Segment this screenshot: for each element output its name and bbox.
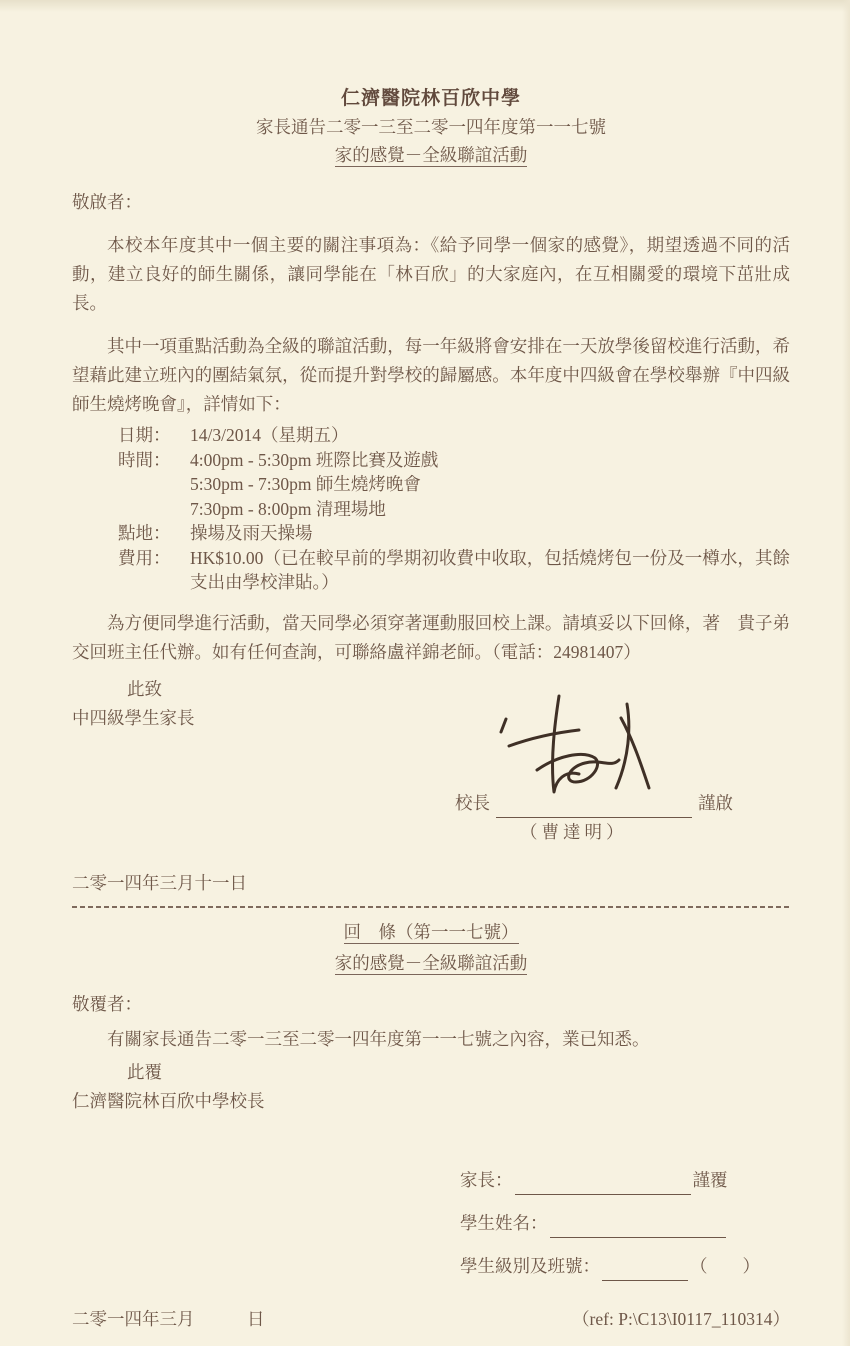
reply-date-line: 二零一四年三月 日 [72,1305,265,1334]
detail-value-time: 4:00pm - 5:30pm 班際比賽及遊戲 5:30pm - 7:30pm … [190,448,790,522]
bottom-row: 二零一四年三月 日 （ref: P:\C13\I0117_110314） [72,1305,790,1334]
detail-value-venue: 操場及雨天操場 [190,521,790,546]
detail-label-time: 時間： [118,448,190,522]
cut-line-divider [72,906,790,908]
parent-label: 家長： [460,1170,513,1190]
reply-slip-subtitle: 家的感覺－全級聯誼活動 [72,949,790,978]
reply-slip-title: 回 條（第一一七號） [72,918,790,947]
student-class-field: 學生級別及班號：（ ） [460,1252,790,1281]
principal-signature-row: 校長謹啟 [455,789,790,818]
parent-signature-field: 家長：謹覆 [460,1166,790,1195]
principal-sign-suffix: 謹啟 [698,793,733,813]
reply-addressee: 仁濟醫院林百欣中學校長 [72,1087,790,1116]
notice-title: 家的感覺－全級聯誼活動 [72,142,790,168]
school-name: 仁濟醫院林百欣中學 [72,86,790,112]
notice-title-text: 家的感覺－全級聯誼活動 [335,145,528,167]
event-details: 日期： 14/3/2014（星期五） 時間： 4:00pm - 5:30pm 班… [118,423,790,595]
notice-content: 仁濟醫院林百欣中學 家長通告二零一三至二零一四年度第一一七號 家的感覺－全級聯誼… [72,86,790,1334]
student-class-blank [602,1260,688,1281]
detail-row-fee: 費用： HK$10.00（已在較早前的學期初收費中收取，包括燒烤包一份及一樽水，… [118,546,790,595]
time-slot-3: 7:30pm - 8:00pm 清理場地 [190,497,790,522]
file-ref: （ref: P:\C13\I0117_110314） [572,1305,790,1334]
detail-row-time: 時間： 4:00pm - 5:30pm 班際比賽及遊戲 5:30pm - 7:3… [118,448,790,522]
time-slot-2: 5:30pm - 7:30pm 師生燒烤晚會 [190,472,790,497]
reply-slip-title-text: 回 條（第一一七號） [344,922,519,944]
student-name-label: 學生姓名： [460,1213,548,1233]
detail-row-date: 日期： 14/3/2014（星期五） [118,423,790,448]
student-class-label: 學生級別及班號： [460,1256,600,1276]
detail-row-venue: 點地： 操場及雨天操場 [118,521,790,546]
student-name-field: 學生姓名： [460,1209,790,1238]
reply-closing: 此覆 [127,1058,790,1087]
parent-sign-suffix: 謹覆 [693,1170,728,1190]
detail-value-fee: HK$10.00（已在較早前的學期初收費中收取，包括燒烤包一份及一樽水，其餘支出… [190,546,790,595]
time-slot-1: 4:00pm - 5:30pm 班際比賽及遊戲 [190,448,790,473]
reply-salutation: 敬覆者： [72,990,790,1019]
principal-name: （曹達明） [520,818,790,847]
salutation: 敬啟者： [72,188,790,217]
class-number-brackets: （ ） [690,1256,760,1276]
paragraph-2: 其中一項重點活動為全級的聯誼活動，每一年級將會安排在一天放學後留校進行活動，希望… [72,332,790,419]
detail-label-venue: 點地： [118,521,190,546]
reply-slip-subtitle-text: 家的感覺－全級聯誼活動 [335,953,528,975]
closing-phrase: 此致 [127,675,790,704]
notice-number-line: 家長通告二零一三至二零一四年度第一一七號 [72,114,790,140]
detail-label-date: 日期： [118,423,190,448]
addressee: 中四級學生家長 [72,704,790,733]
paragraph-1: 本校本年度其中一個主要的關注事項為：《給予同學一個家的感覺》，期望透過不同的活動… [72,231,790,318]
principal-label: 校長 [455,793,490,813]
reply-fields: 家長：謹覆 學生姓名： 學生級別及班號：（ ） [460,1166,790,1281]
scanned-notice-page: 仁濟醫院林百欣中學 家長通告二零一三至二零一四年度第一一七號 家的感覺－全級聯誼… [0,0,850,1346]
parent-signature-blank [515,1174,691,1195]
detail-value-date: 14/3/2014（星期五） [190,423,790,448]
principal-signature-blank [496,797,692,818]
reply-body: 有關家長通告二零一三至二零一四年度第一一七號之內容，業已知悉。 [72,1025,790,1054]
detail-label-fee: 費用： [118,546,190,595]
paragraph-3: 為方便同學進行活動，當天同學必須穿著運動服回校上課。請填妥以下回條，著 貴子弟交… [72,609,790,667]
student-name-blank [550,1217,726,1238]
issue-date: 二零一四年三月十一日 [72,869,790,898]
